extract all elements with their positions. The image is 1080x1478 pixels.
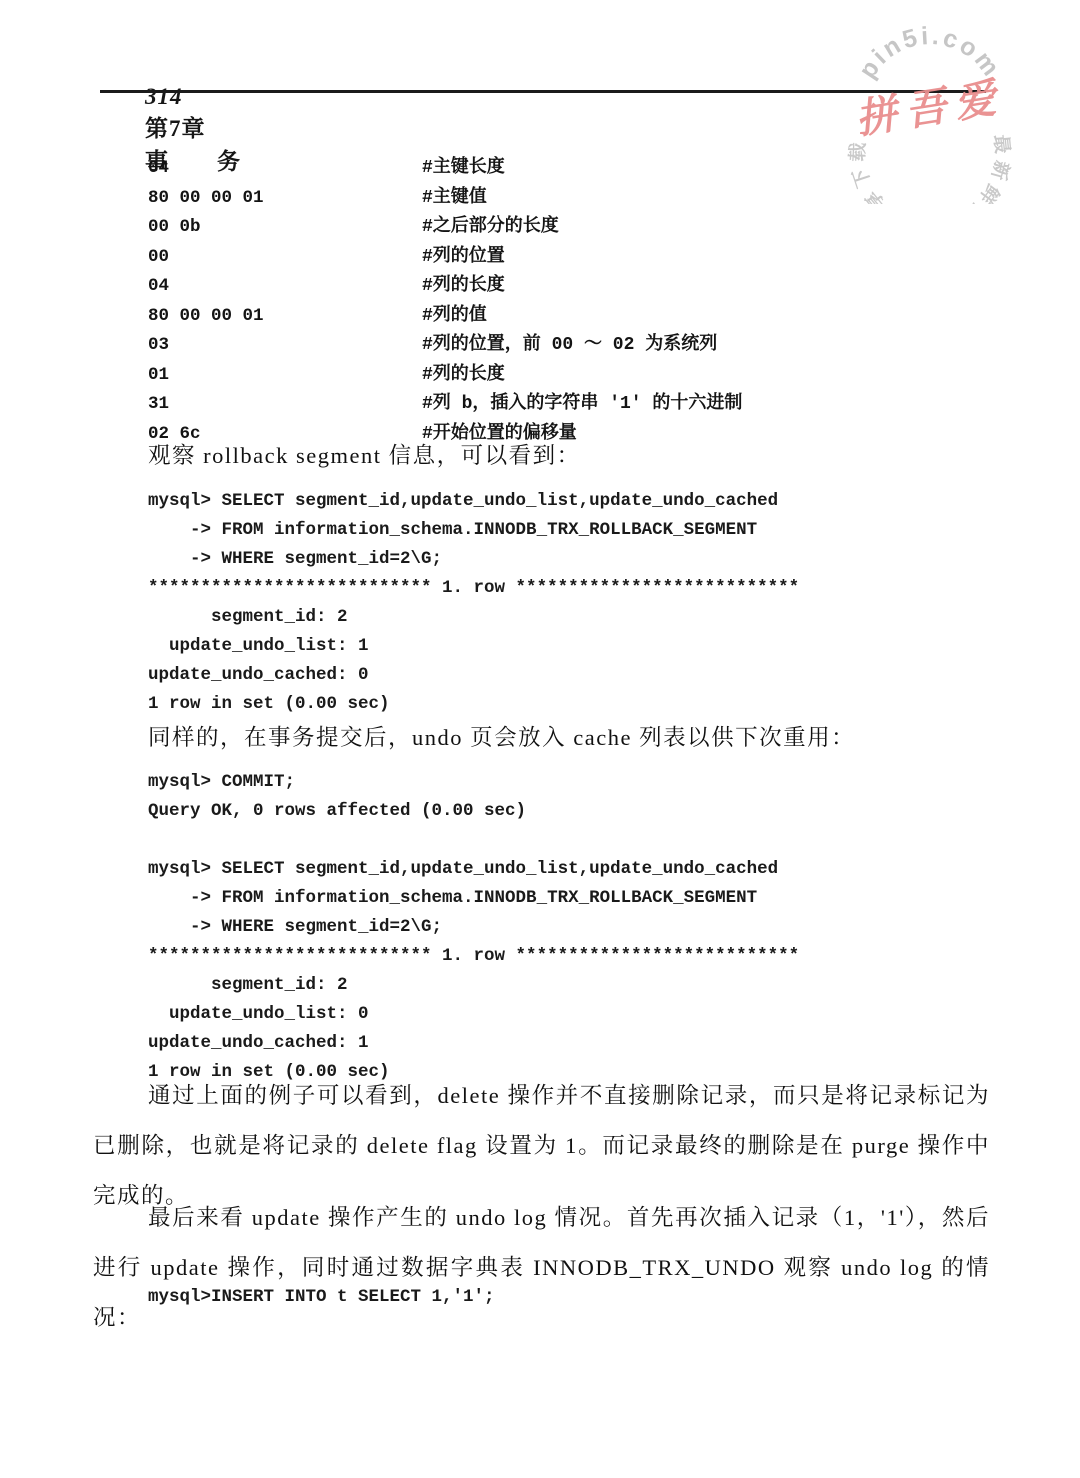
hex-dump-row: 03#列的位置，前 00 ～ 02 为系统列: [148, 331, 742, 361]
mysql-console-block: mysql> COMMIT; Query OK, 0 rows affected…: [148, 768, 799, 1087]
hex-comment: #主键值: [422, 184, 487, 214]
page-number: 314: [145, 84, 183, 109]
hex-dump-row: 80 00 00 01#列的值: [148, 302, 742, 332]
hex-dump-row: 04#主键长度: [148, 154, 742, 184]
hex-comment: #列的位置，前 00 ～ 02 为系统列: [422, 331, 717, 361]
book-page: 314 第7章 事 务 pin5i.com 最新鲜的资源分享下载站 拼吾爱 04…: [0, 0, 1080, 1478]
hex-bytes: 01: [148, 361, 422, 391]
chapter-label: 第7章: [145, 116, 206, 141]
hex-dump-row: 01#列的长度: [148, 361, 742, 391]
watermark-site-text: pin5i.com: [853, 22, 1006, 84]
hex-dump-row: 00 0b#之后部分的长度: [148, 213, 742, 243]
mysql-console-block: mysql> SELECT segment_id,update_undo_lis…: [148, 487, 799, 719]
mysql-console-block: mysql>INSERT INTO t SELECT 1,'1';: [148, 1283, 495, 1312]
body-paragraph: 观察 rollback segment 信息，可以看到：: [93, 431, 990, 481]
hex-comment: #主键长度: [422, 154, 505, 184]
watermark-stamp-icon: pin5i.com 最新鲜的资源分享下载站 拼吾爱: [838, 16, 1022, 204]
hex-dump-row: 80 00 00 01#主键值: [148, 184, 742, 214]
hex-dump-listing: 04#主键长度 80 00 00 01#主键值 00 0b#之后部分的长度 00…: [148, 154, 742, 449]
hex-comment: #之后部分的长度: [422, 213, 559, 243]
body-paragraph: 最后来看 update 操作产生的 undo log 情况。首先再次插入记录（1…: [93, 1193, 990, 1343]
hex-bytes: 04: [148, 154, 422, 184]
hex-dump-row: 04#列的长度: [148, 272, 742, 302]
watermark-stamp-text: 拼吾爱: [852, 74, 1007, 143]
hex-dump-row: 00#列的位置: [148, 243, 742, 273]
hex-comment: #列的位置: [422, 243, 505, 273]
header-rule: [100, 90, 986, 93]
hex-bytes: 80 00 00 01: [148, 184, 422, 214]
hex-bytes: 00: [148, 243, 422, 273]
hex-bytes: 80 00 00 01: [148, 302, 422, 332]
watermark-ring-text: 最新鲜的资源分享下载站: [838, 16, 1014, 204]
hex-comment: #列的长度: [422, 272, 505, 302]
hex-comment: #列的长度: [422, 361, 505, 391]
hex-bytes: 00 0b: [148, 213, 422, 243]
body-paragraph: 同样的，在事务提交后，undo 页会放入 cache 列表以供下次重用：: [93, 713, 990, 763]
hex-bytes: 31: [148, 390, 422, 420]
hex-comment: #列 b，插入的字符串 '1' 的十六进制: [422, 390, 742, 420]
hex-bytes: 04: [148, 272, 422, 302]
hex-bytes: 03: [148, 331, 422, 361]
hex-dump-row: 31#列 b，插入的字符串 '1' 的十六进制: [148, 390, 742, 420]
hex-comment: #列的值: [422, 302, 487, 332]
